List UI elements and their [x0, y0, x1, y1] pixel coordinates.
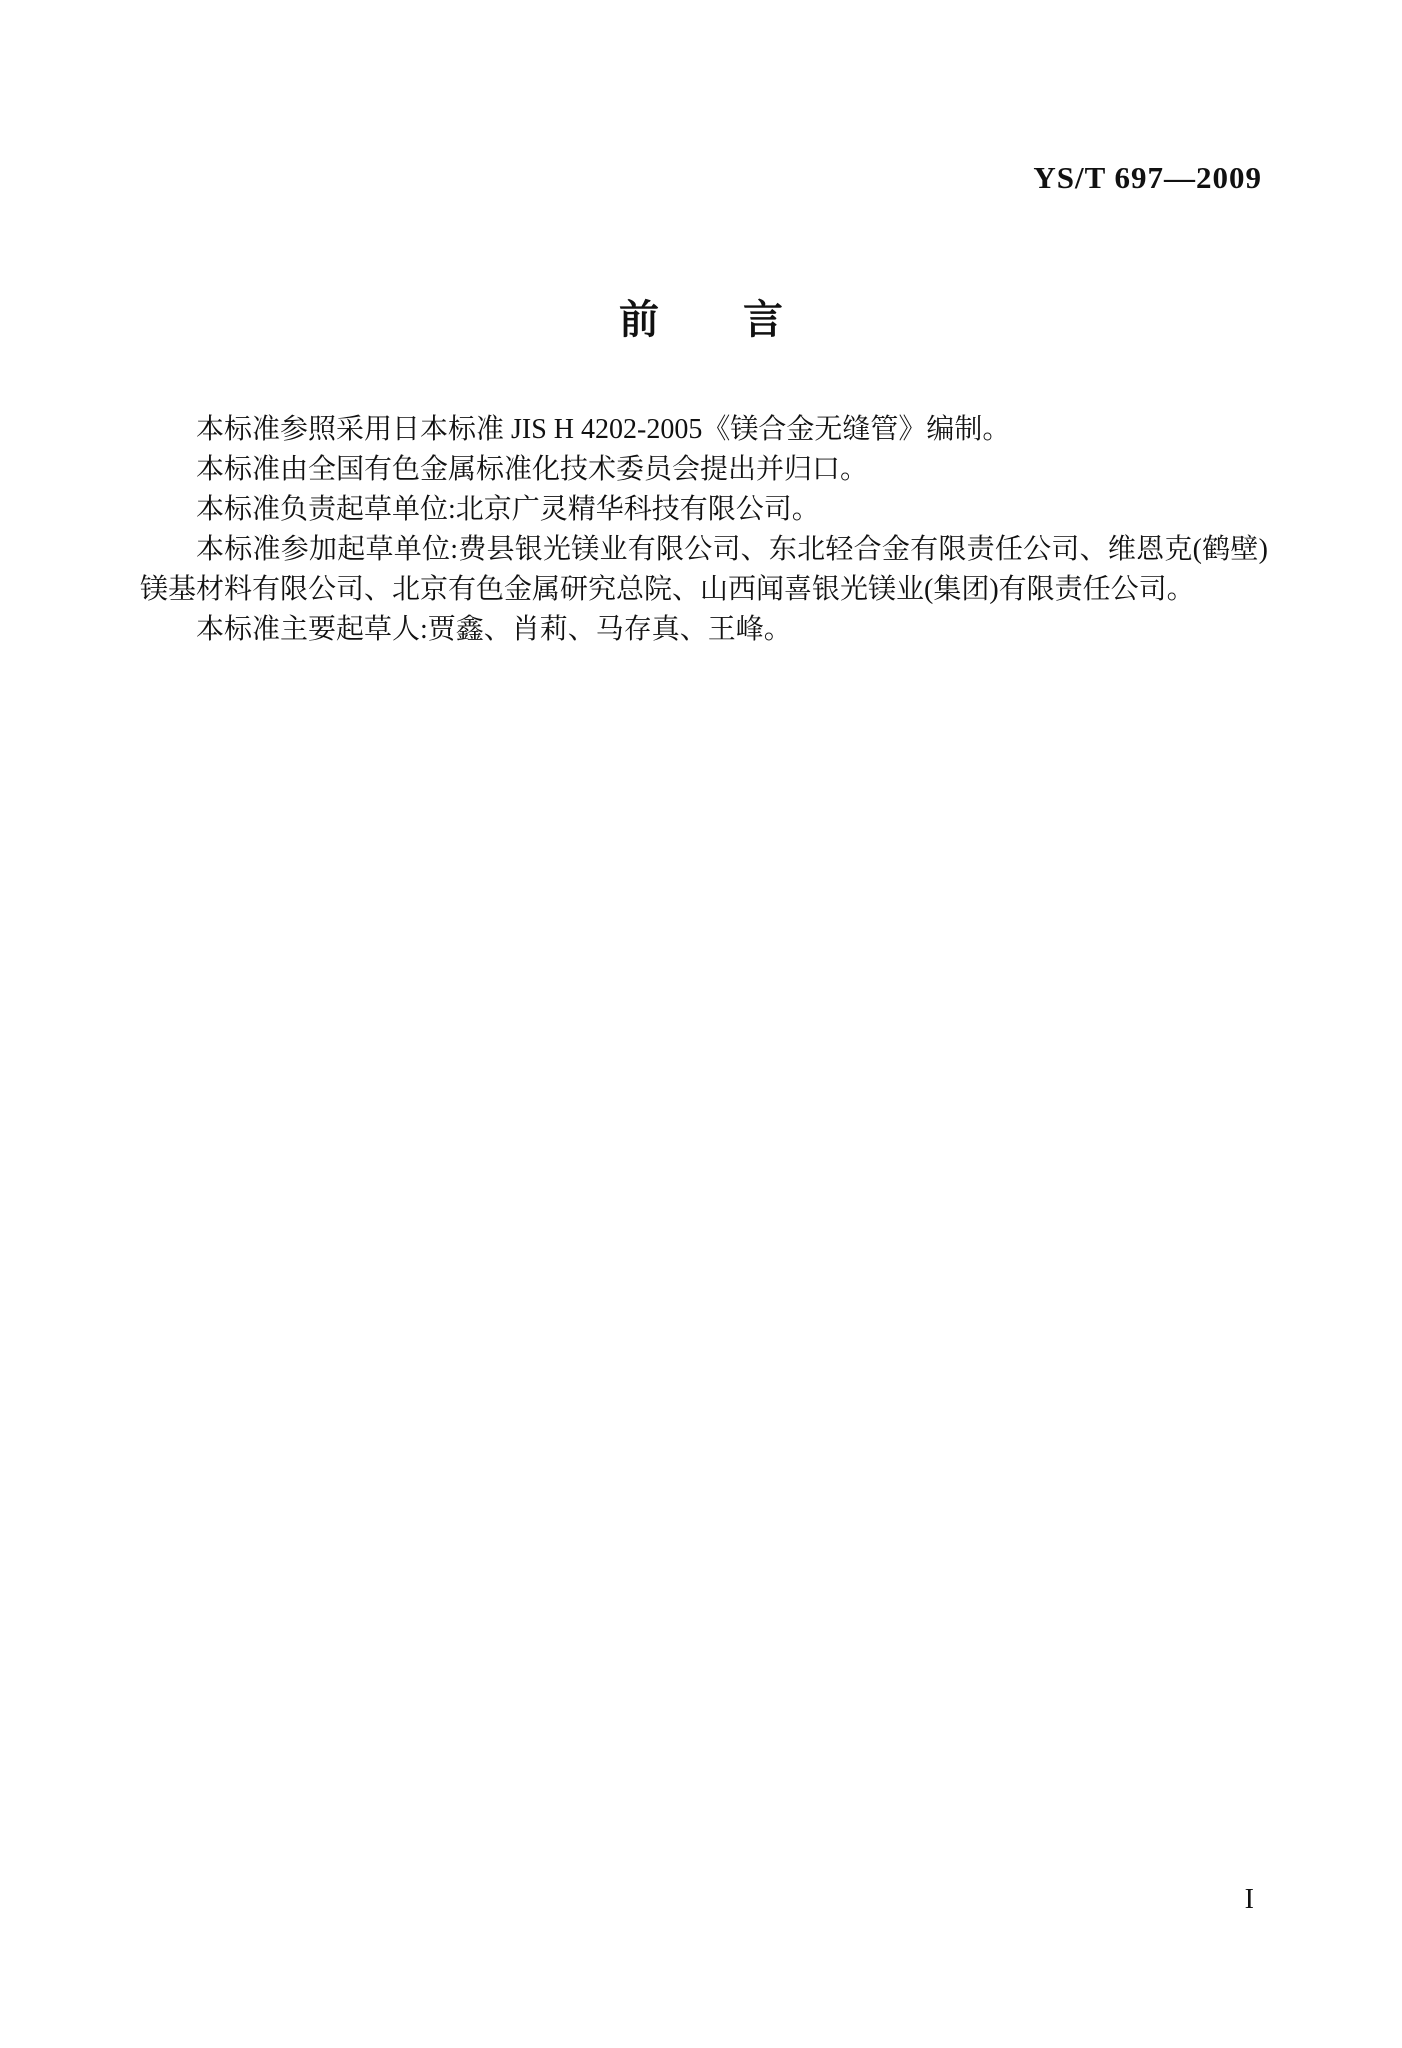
foreword-title: 前言: [0, 288, 1402, 345]
foreword-paragraph: 本标准参照采用日本标准 JIS H 4202-2005《镁合金无缝管》编制。: [140, 410, 1268, 450]
document-page: YS/T 697—2009 前言 本标准参照采用日本标准 JIS H 4202-…: [0, 0, 1402, 2048]
page-number: I: [1245, 1886, 1254, 1914]
foreword-paragraph: 本标准参加起草单位:费县银光镁业有限公司、东北轻合金有限责任公司、维恩克(鹤壁)…: [140, 530, 1268, 610]
foreword-paragraph: 本标准主要起草人:贾鑫、肖莉、马存真、王峰。: [140, 610, 1268, 650]
foreword-body: 本标准参照采用日本标准 JIS H 4202-2005《镁合金无缝管》编制。 本…: [140, 410, 1268, 650]
standard-number: YS/T 697—2009: [1033, 160, 1262, 196]
foreword-paragraph: 本标准负责起草单位:北京广灵精华科技有限公司。: [140, 490, 1268, 530]
foreword-paragraph: 本标准由全国有色金属标准化技术委员会提出并归口。: [140, 450, 1268, 490]
